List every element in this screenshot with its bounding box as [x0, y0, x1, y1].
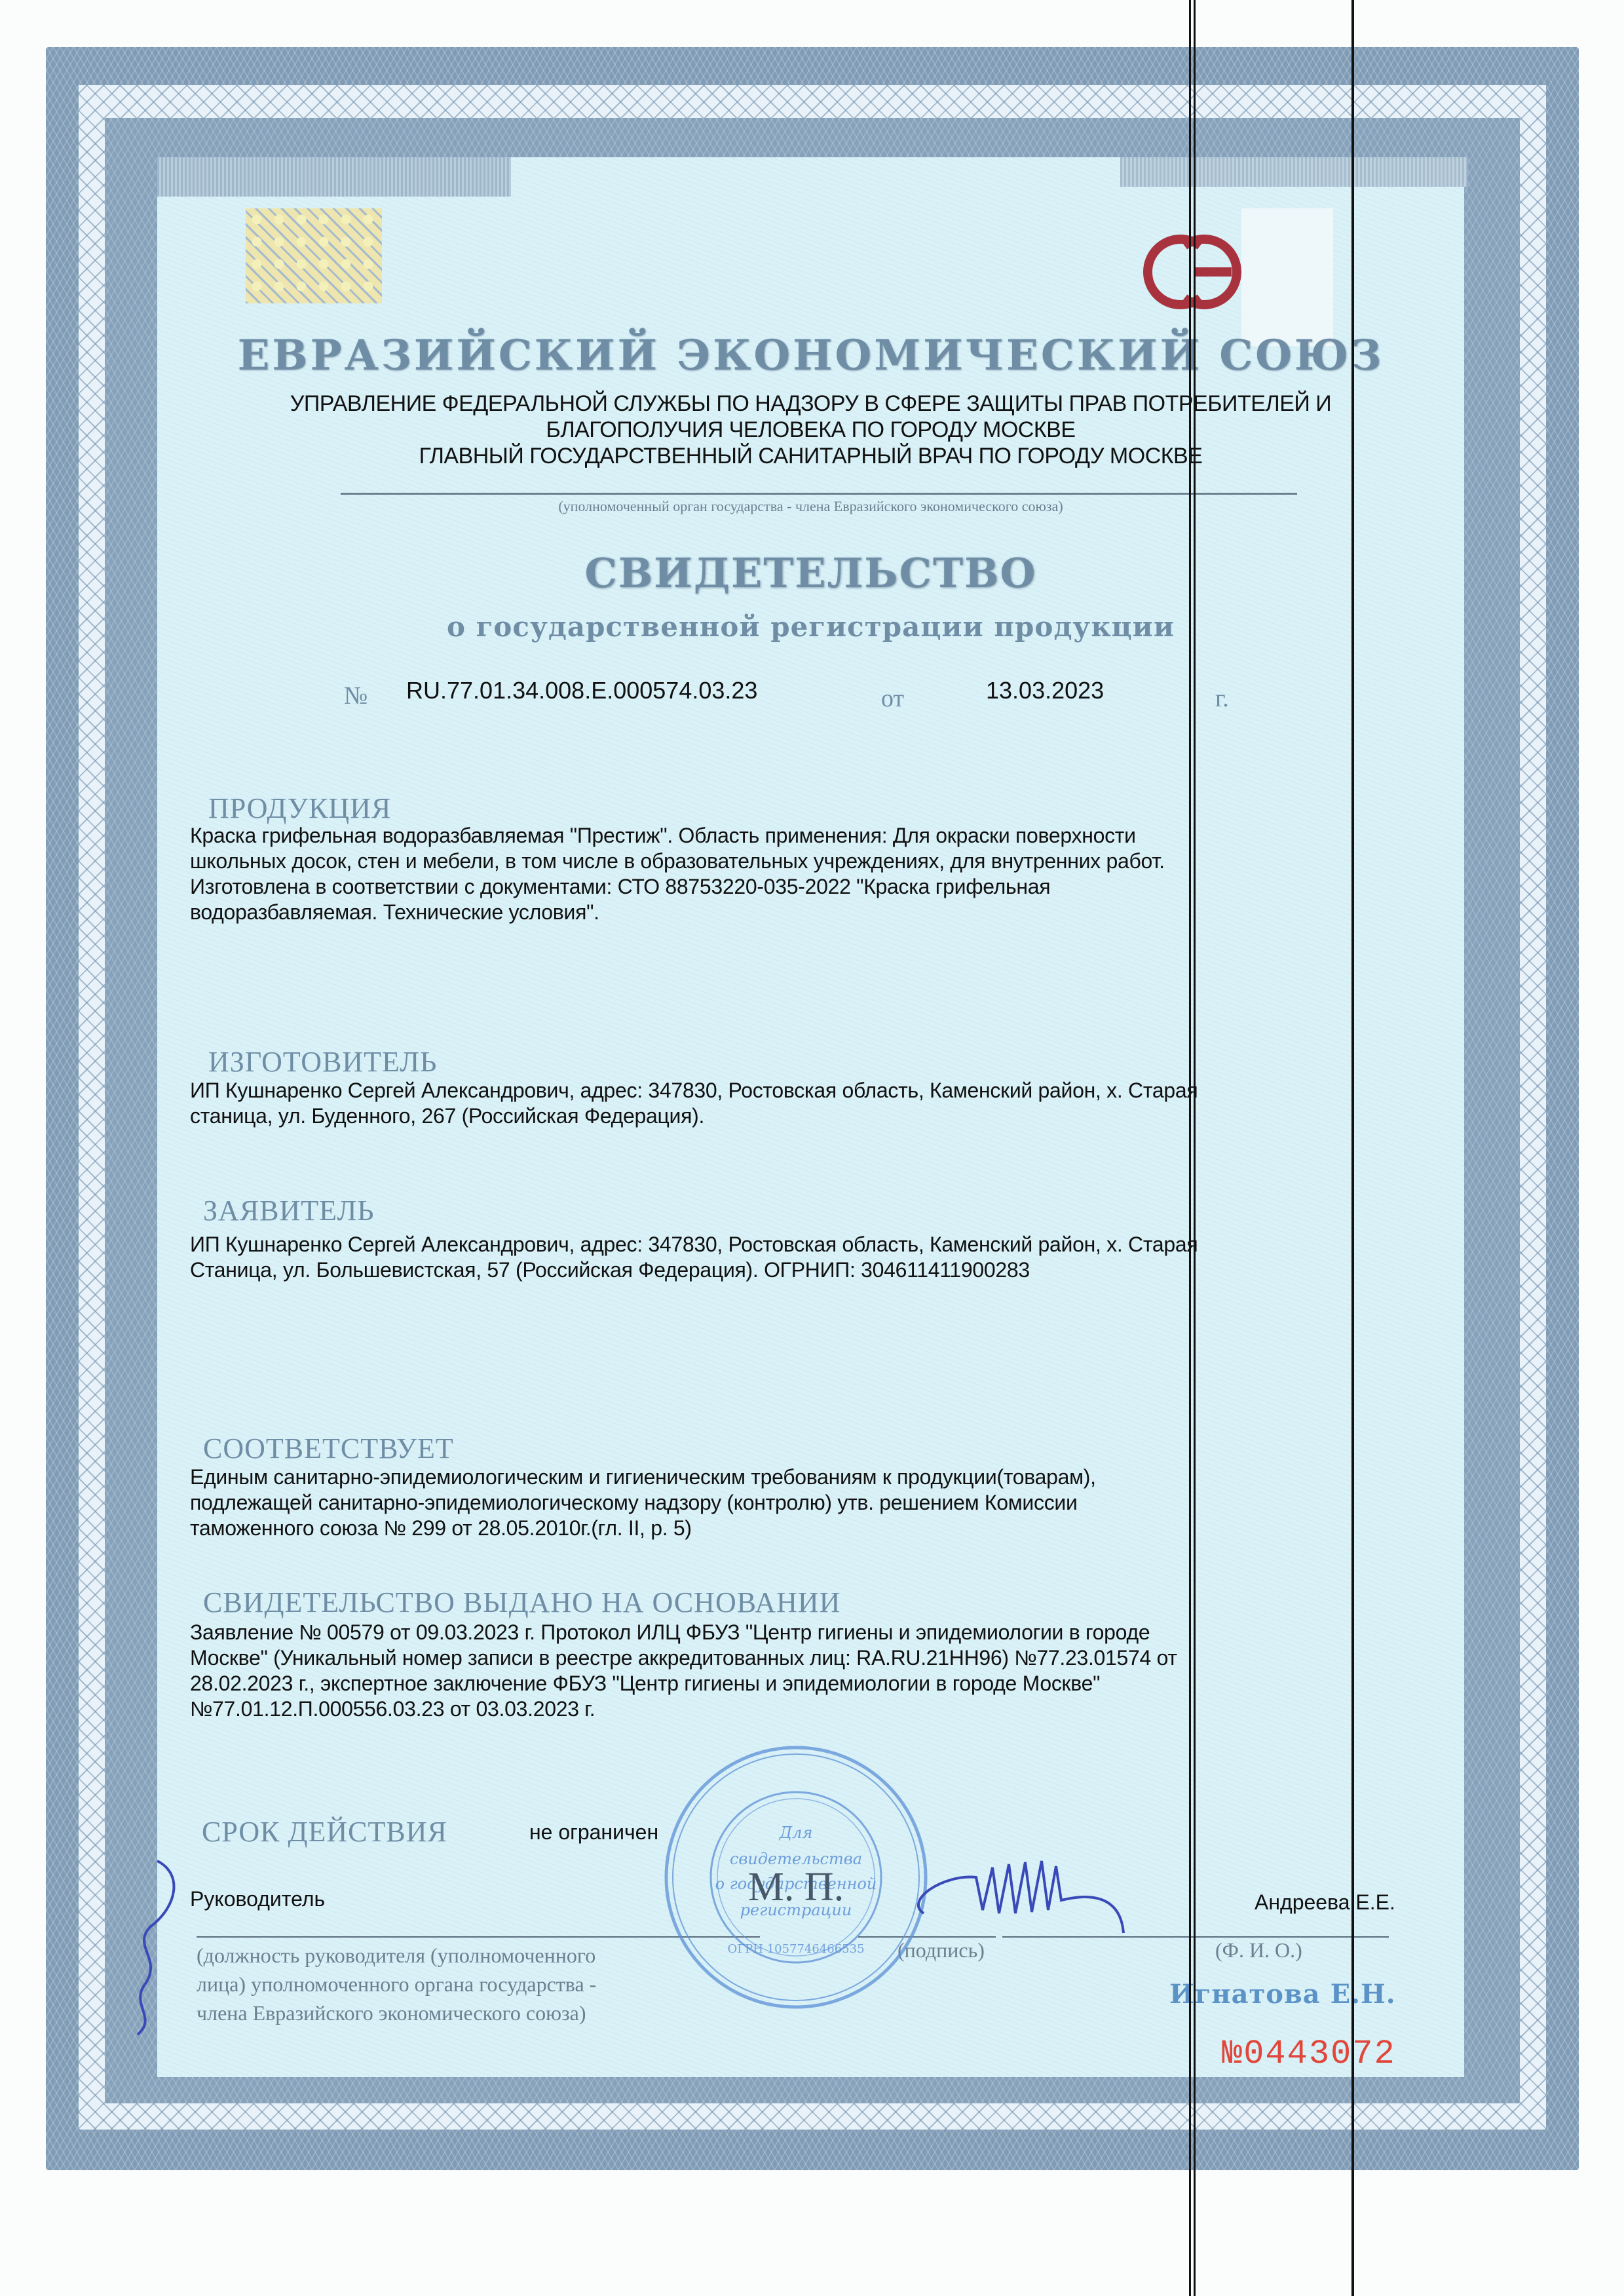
serial-sign: №: [1222, 2035, 1243, 2073]
form-serial-number: №0443072: [1222, 2035, 1396, 2073]
section-heading-validity: СРОК ДЕЙСТВИЯ: [202, 1815, 447, 1848]
handwritten-signature-icon: [904, 1848, 1140, 1940]
divider: [341, 493, 1297, 495]
applicant-line: Станица, ул. Большевистская, 57 (Российс…: [190, 1257, 1422, 1283]
applicant-line: ИП Кушнаренко Сергей Александрович, адре…: [190, 1232, 1422, 1257]
official-seal-icon: Для свидетельства о государственной реги…: [658, 1740, 934, 2015]
name-caption: (Ф. И. О.): [1215, 1938, 1302, 1962]
section-body-manufacturer: ИП Кушнаренко Сергей Александрович, адре…: [190, 1078, 1422, 1129]
signer-position: Руководитель: [190, 1887, 325, 1911]
product-line: Изготовлена в соответствии с документами…: [190, 874, 1422, 900]
product-line: школьных досок, стен и мебели, в том чис…: [190, 849, 1422, 874]
stamp-name: Игнатова Е.Н.: [1169, 1979, 1396, 2010]
number-sign-label: №: [344, 681, 368, 710]
certificate-title: СВИДЕТЕЛЬСТВО: [157, 549, 1464, 597]
manufacturer-line: ИП Кушнаренко Сергей Александрович, адре…: [190, 1078, 1422, 1103]
scan-artifact-line: [1194, 0, 1196, 2296]
basis-line: 28.02.2023 г., экспертное заключение ФБУ…: [190, 1671, 1422, 1696]
scan-artifact-line: [1189, 0, 1191, 2296]
section-body-conforms: Единым санитарно-эпидемиологическим и ги…: [190, 1464, 1422, 1541]
section-heading-product: ПРОДУКЦИЯ: [208, 792, 391, 825]
registration-number: RU.77.01.34.008.E.000574.03.23: [406, 677, 757, 704]
basis-line: Москве" (Уникальный номер записи в реест…: [190, 1645, 1422, 1671]
section-body-basis: Заявление № 00579 от 09.03.2023 г. Прото…: [190, 1620, 1422, 1722]
certificate-subtitle: о государственной регистрации продукции: [157, 611, 1464, 643]
agency-line: ГЛАВНЫЙ ГОСУДАРСТВЕННЫЙ САНИТАРНЫЙ ВРАЧ …: [157, 443, 1464, 469]
product-line: водоразбавляемая. Технические условия".: [190, 900, 1422, 925]
agency-line: УПРАВЛЕНИЕ ФЕДЕРАЛЬНОЙ СЛУЖБЫ ПО НАДЗОРУ…: [157, 391, 1464, 417]
eaeu-logo-icon: [1140, 226, 1245, 318]
basis-line: №77.01.12.П.000556.03.23 от 03.03.2023 г…: [190, 1696, 1422, 1722]
authority-caption: (уполномоченный орган государства - член…: [157, 498, 1464, 515]
signer-name: Андреева Е.Е.: [1255, 1890, 1395, 1915]
position-caption-line: лица) уполномоченного органа государства…: [197, 1970, 596, 1999]
validity-value: не ограничен: [529, 1820, 658, 1845]
section-heading-manufacturer: ИЗГОТОВИТЕЛЬ: [208, 1045, 437, 1079]
section-heading-conforms: СООТВЕТСТВУЕТ: [203, 1432, 454, 1465]
conforms-line: Единым санитарно-эпидемиологическим и ги…: [190, 1464, 1422, 1490]
registration-date: 13.03.2023: [986, 677, 1104, 704]
year-suffix: г.: [1215, 684, 1229, 713]
watermark-window: [1241, 208, 1333, 346]
position-caption-line: (должность руководителя (уполномоченного: [197, 1941, 596, 1970]
issuing-agency: УПРАВЛЕНИЕ ФЕДЕРАЛЬНОЙ СЛУЖБЫ ПО НАДЗОРУ…: [157, 391, 1464, 469]
position-caption-line: члена Евразийского экономического союза): [197, 1999, 596, 2027]
section-heading-applicant: ЗАЯВИТЕЛЬ: [203, 1194, 375, 1227]
serial-number: 0443072: [1243, 2035, 1395, 2073]
handwritten-mark-icon: [118, 1854, 197, 2038]
stamp-ogrn: ОГРН 1057746466535: [727, 1942, 864, 1956]
hologram-icon: [246, 208, 382, 303]
position-caption: (должность руководителя (уполномоченного…: [197, 1941, 596, 2027]
from-label: от: [881, 684, 904, 713]
manufacturer-line: станица, ул. Буденного, 267 (Российская …: [190, 1103, 1422, 1129]
seal-label: М. П.: [748, 1865, 844, 1909]
scan-artifact-line: [1351, 0, 1354, 2296]
microprint-band: [157, 157, 511, 197]
agency-line: БЛАГОПОЛУЧИЯ ЧЕЛОВЕКА ПО ГОРОДУ МОСКВЕ: [157, 417, 1464, 443]
section-heading-basis: СВИДЕТЕЛЬСТВО ВЫДАНО НА ОСНОВАНИИ: [203, 1586, 840, 1619]
stamp-center-line: Для: [779, 1824, 813, 1842]
section-body-applicant: ИП Кушнаренко Сергей Александрович, адре…: [190, 1232, 1422, 1283]
section-body-product: Краска грифельная водоразбавляемая "Прес…: [190, 823, 1422, 925]
basis-line: Заявление № 00579 от 09.03.2023 г. Прото…: [190, 1620, 1422, 1645]
product-line: Краска грифельная водоразбавляемая "Прес…: [190, 823, 1422, 849]
conforms-line: подлежащей санитарно-эпидемиологическому…: [190, 1490, 1422, 1516]
union-title: ЕВРАЗИЙСКИЙ ЭКОНОМИЧЕСКИЙ СОЮЗ: [157, 331, 1464, 380]
microprint-band-right: [1120, 157, 1467, 187]
conforms-line: таможенного союза № 299 от 28.05.2010г.(…: [190, 1516, 1422, 1541]
